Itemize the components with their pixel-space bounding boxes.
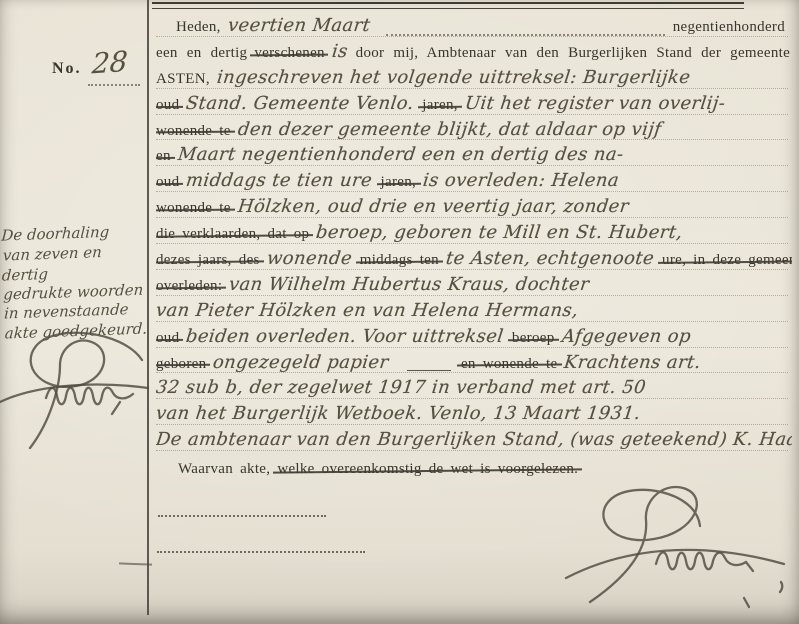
body-line: geborenongezegeld papieren wonende teKra… [156, 352, 792, 378]
struck-printed-text: welke overeenkomstig de wet is voorgelez… [277, 461, 578, 478]
dotted-leader [386, 34, 665, 36]
struck-printed-text: jaren, [422, 97, 458, 114]
handwritten-text: beroep, geboren te Mill en St. Hubert, [315, 222, 684, 243]
handwritten-text: Uit het register van overlij- [464, 93, 727, 114]
handwritten-text: ongezegeld papier [212, 352, 390, 373]
body-line: van Pieter Hölzken en van Helena Hermans… [156, 300, 792, 326]
handwritten-text: middags te tien ure [185, 170, 374, 191]
struck-printed-text: wonende te [156, 123, 231, 140]
blank-dash [407, 370, 451, 371]
body-line: van het Burgerlijk Wetboek. Venlo, 13 Ma… [156, 403, 792, 429]
act-number-label: No. [52, 60, 82, 78]
margin-annotation-line: van zeven en dertig [1, 241, 149, 285]
signature-flourish-icon [538, 478, 790, 612]
signature-dotted-line [158, 515, 326, 517]
handwritten-text: 32 sub b, der zegelwet 1917 in verband m… [156, 377, 647, 398]
act-text-body: Heden,veertien Maartnegentienhonderdeen … [156, 15, 792, 487]
body-line: Heden,veertien Maartnegentienhonderd [156, 15, 792, 41]
handwritten-text: ingeschreven het volgende uittreksel: Bu… [216, 67, 692, 88]
handwritten-text: beiden overleden. Voor uittreksel [185, 326, 505, 347]
registrar-cross-mark [119, 562, 152, 565]
body-line: oudbeiden overleden. Voor uittrekselbero… [156, 326, 792, 352]
struck-printed-text: en [156, 148, 171, 165]
printed-form-text: ASTEN, [156, 71, 210, 88]
struck-printed-text: oud [156, 330, 179, 347]
body-line: oudStand. Gemeente Venlo.jaren,Uit het r… [156, 93, 792, 119]
handwritten-text: is overleden: Helena [422, 170, 621, 191]
handwritten-text: van Wilhelm Hubertus Kraus, dochter [228, 274, 591, 295]
body-line: wonende teden dezer gemeente blijkt, dat… [156, 119, 792, 145]
act-number-dotted-line [88, 84, 140, 86]
body-line: een en dertigverschenenisdoor mij, Ambte… [156, 41, 792, 67]
struck-printed-text: verschenen [254, 45, 324, 62]
printed-form-text: Heden, [176, 19, 221, 36]
signature-flourish-icon [0, 324, 157, 456]
struck-printed-text: die verklaarden, dat op [156, 226, 309, 243]
body-line: wonende teHölzken, oud drie en veertig j… [156, 196, 792, 222]
struck-printed-text: oud [156, 174, 179, 191]
struck-printed-text: wonende te [156, 200, 231, 217]
body-line: 32 sub b, der zegelwet 1917 in verband m… [156, 377, 792, 403]
body-line: De ambtenaar van den Burgerlijken Stand,… [156, 429, 792, 455]
body-line: enMaart negentienhonderd een en dertig d… [156, 144, 792, 170]
printed-form-text: door mij, Ambtenaar van den Burgerlijken… [356, 45, 790, 62]
signature-dotted-line [157, 551, 365, 553]
printed-form-text: negentienhonderd [673, 19, 785, 36]
struck-printed-text: en wonende te [461, 356, 558, 373]
handwritten-text: Hölzken, oud drie en veertig jaar, zonde… [236, 196, 629, 217]
margin-signature [0, 324, 157, 456]
handwritten-text: Afgegeven op [560, 326, 692, 347]
struck-printed-text: ure, in deze gemeente, is [662, 252, 792, 269]
handwritten-text: wonende [265, 248, 353, 269]
act-number-value: 28 [91, 45, 129, 81]
top-double-rule [152, 2, 744, 9]
body-line: overleden:van Wilhelm Hubertus Kraus, do… [156, 274, 792, 300]
handwritten-text: te Asten, echtgenoote [445, 248, 656, 269]
printed-form-text: een en dertig [156, 45, 247, 62]
handwritten-text: Stand. Gemeente Venlo. [185, 93, 415, 114]
handwritten-text: Krachtens art. [563, 352, 702, 373]
death-record-scan: No. 28 De doorhaling van zeven en dertig… [0, 0, 799, 624]
handwritten-text: van Pieter Hölzken en van Helena Hermans… [156, 300, 580, 321]
body-line: oudmiddags te tien urejaren,is overleden… [156, 170, 792, 196]
struck-printed-text: oud [156, 97, 179, 114]
struck-printed-text: beroep [512, 330, 555, 347]
struck-printed-text: jaren, [381, 174, 417, 191]
handwritten-text: Maart negentienhonderd een en dertig des… [176, 144, 624, 165]
struck-printed-text: dezes jaars, des [156, 252, 260, 269]
struck-printed-text: middags ten [360, 252, 439, 269]
printed-form-text: Waarvan akte, [178, 461, 270, 478]
struck-printed-text: geboren [156, 356, 206, 373]
handwritten-text: De ambtenaar van den Burgerlijken Stand,… [156, 429, 792, 450]
body-line: dezes jaars, deswonendemiddags tente Ast… [156, 248, 792, 274]
bottom-signature [538, 478, 790, 612]
struck-printed-text: overleden: [156, 278, 222, 295]
handwritten-text: veertien Maart [226, 15, 371, 36]
body-line: ASTEN,ingeschreven het volgende uittreks… [156, 67, 792, 93]
body-line: die verklaarden, dat opberoep, geboren t… [156, 222, 792, 248]
handwritten-text: is [331, 41, 349, 62]
handwritten-text: den dezer gemeente blijkt, dat aldaar op… [236, 119, 662, 140]
handwritten-text: van het Burgerlijk Wetboek. Venlo, 13 Ma… [156, 403, 642, 424]
